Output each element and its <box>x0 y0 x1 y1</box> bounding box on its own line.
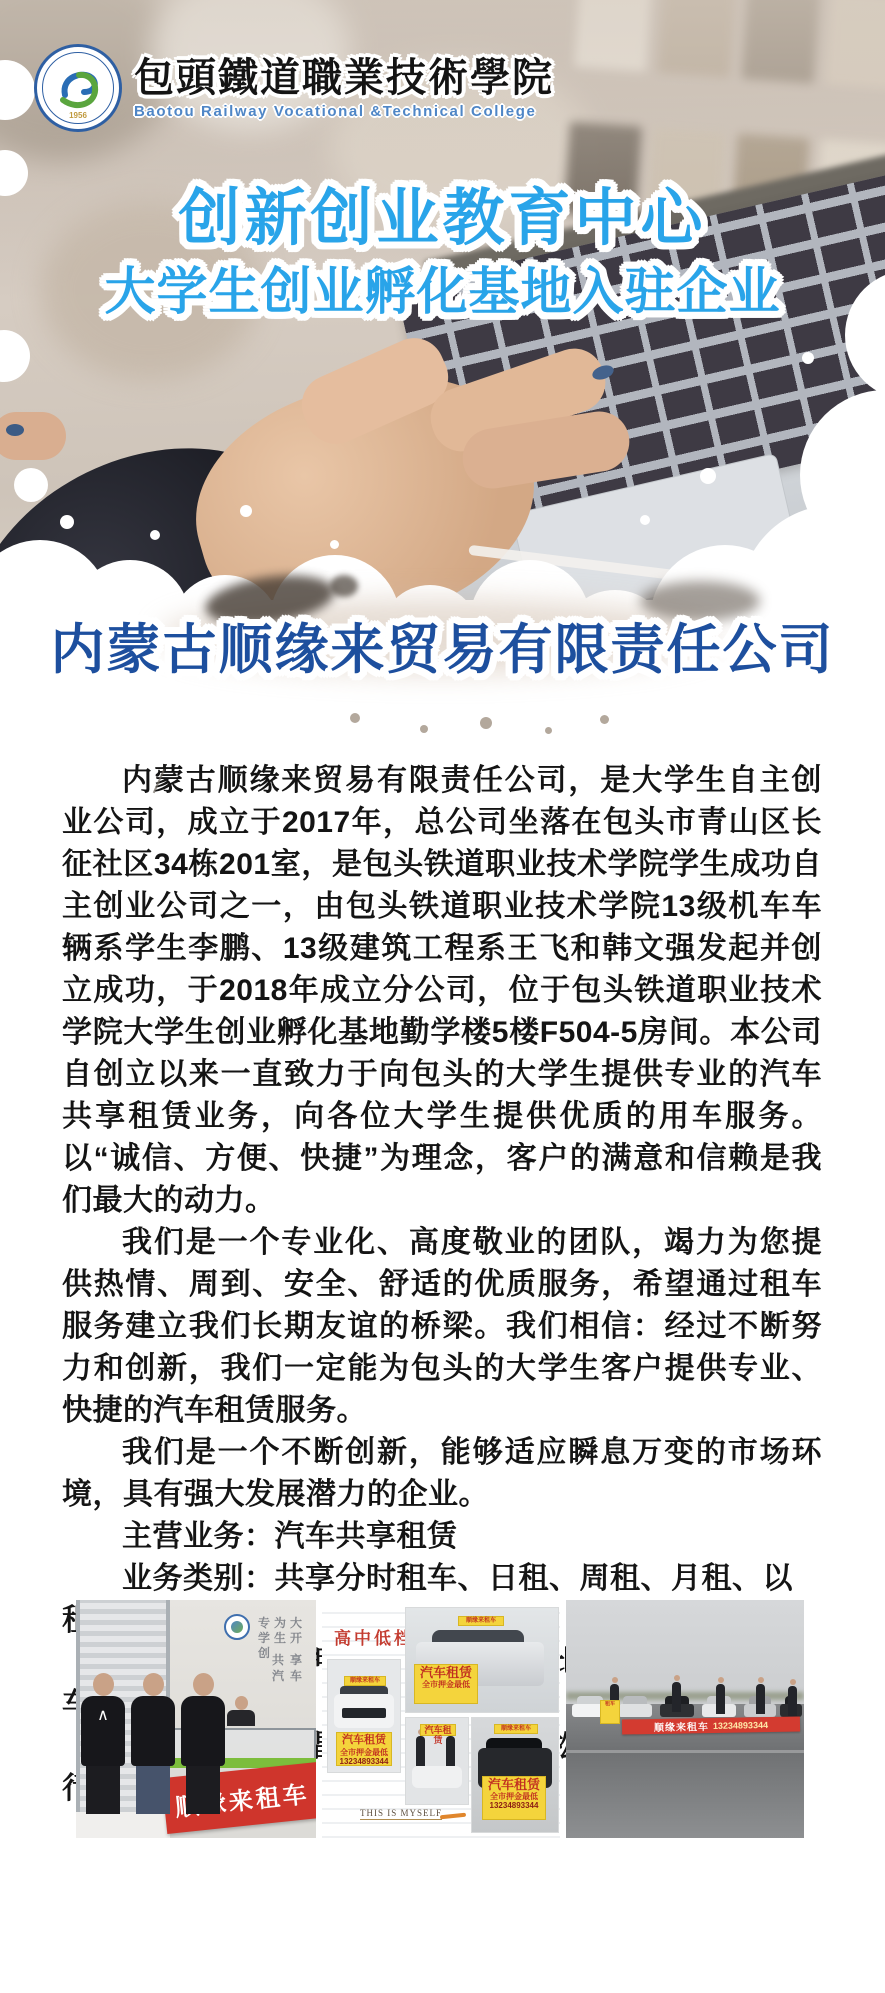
college-header: 1956 包頭鐵道職業技術學院 Baotou Railway Vocationa… <box>34 44 554 132</box>
roof-sign: 顺缘来租车 <box>494 1724 538 1734</box>
wall-calligraphy-line2: 共享汽车 <box>272 1652 316 1684</box>
sedan-photo: 顺缘来租车 汽车租赁 全市押金最低 <box>406 1608 558 1712</box>
speckle <box>545 727 552 734</box>
team-member <box>130 1673 176 1814</box>
company-title-strip: 内蒙古顺缘来贸易有限责任公司 <box>0 585 885 760</box>
salesmen-photo: 汽车租赁 <box>406 1718 468 1804</box>
person-behind-counter <box>226 1696 256 1726</box>
watermark-text: THIS IS MYSELF <box>360 1808 442 1820</box>
rental-sign: 汽车租赁 <box>420 1724 456 1736</box>
fleet-banner-name: 顺缘来租车 <box>654 1718 709 1734</box>
suv-photo: 顺缘来租车 汽车租赁 全市押金最低 13234893344 <box>328 1660 400 1772</box>
college-founding-year: 1956 <box>37 111 119 120</box>
black-car-photo: 顺缘来租车 汽车租赁 全市押金最低 13234893344 <box>472 1718 558 1832</box>
suited-figure <box>672 1682 681 1712</box>
wall-logo <box>224 1614 250 1640</box>
roof-sign: 顺缘来租车 <box>458 1616 504 1626</box>
speckle <box>600 715 609 724</box>
description-paragraph: 内蒙古顺缘来贸易有限责任公司，是大学生自主创业公司，成立于2017年，总公司坐落… <box>62 760 822 1222</box>
speckle <box>480 717 492 729</box>
car-collage: 高中低档 顺缘来租车 汽车租赁 全市押金最低 13234893344 顺 <box>322 1600 560 1838</box>
poster: 1956 包頭鐵道職業技術學院 Baotou Railway Vocationa… <box>0 0 885 1993</box>
college-name-en: Baotou Railway Vocational &Technical Col… <box>134 103 554 120</box>
college-logo-badge: 1956 <box>34 44 122 132</box>
fleet-banner-phone: 13234893344 <box>713 1720 768 1731</box>
fleet-photo: 租车 顺缘来租车 13234893344 <box>566 1600 804 1838</box>
speckle <box>350 713 360 723</box>
college-name-zh: 包頭鐵道職業技術學院 <box>134 57 554 99</box>
hero-title-line2: 大学生创业孵化基地入驻企业 <box>0 250 885 324</box>
suited-figure <box>716 1684 725 1714</box>
description-paragraph: 我们是一个专业化、高度敬业的团队，竭力为您提供热情、周到、安全、舒适的优质服务，… <box>62 1222 822 1432</box>
business-line: 主营业务：汽车共享租赁 <box>62 1516 822 1558</box>
rental-sign: 汽车租赁 全市押金最低 13234893344 <box>336 1732 392 1766</box>
suited-figure <box>788 1686 797 1716</box>
photo-gallery: 专为大学生开创 共享汽车 顺缘来租车 ∧ <box>76 1600 804 1842</box>
roof-sign: 顺缘来租车 <box>344 1676 386 1686</box>
fleet-car <box>618 1696 652 1717</box>
hero-photo: 1956 包頭鐵道職業技術學院 Baotou Railway Vocationa… <box>0 0 885 600</box>
grade-label: 高中低档 <box>334 1624 414 1649</box>
rental-sign: 汽车租赁 全市押金最低 13234893344 <box>482 1776 546 1820</box>
suited-figure <box>756 1684 765 1714</box>
watermark-swoosh <box>440 1813 466 1820</box>
team-member: ∧ <box>80 1673 126 1814</box>
college-names: 包頭鐵道職業技術學院 Baotou Railway Vocational &Te… <box>134 57 554 120</box>
college-logo-glyph <box>51 61 105 115</box>
rental-sign: 租车 <box>600 1700 620 1724</box>
hand-finger <box>0 412 66 460</box>
lane-marking <box>566 1750 804 1753</box>
rental-sign: 汽车租赁 全市押金最低 <box>414 1664 478 1704</box>
description-paragraph: 我们是一个不断创新，能够适应瞬息万变的市场环境，具有强大发展潜力的企业。 <box>62 1432 822 1516</box>
photo-smudge <box>330 575 358 597</box>
painted-nail <box>6 424 24 436</box>
speckle <box>420 725 428 733</box>
company-name-title: 内蒙古顺缘来贸易有限责任公司 <box>0 607 885 684</box>
hero-title-line1: 创新创业教育中心 <box>0 168 885 257</box>
team-member <box>180 1673 226 1814</box>
fleet-banner: 顺缘来租车 13234893344 <box>622 1716 800 1734</box>
office-team-photo: 专为大学生开创 共享汽车 顺缘来租车 ∧ <box>76 1600 316 1838</box>
